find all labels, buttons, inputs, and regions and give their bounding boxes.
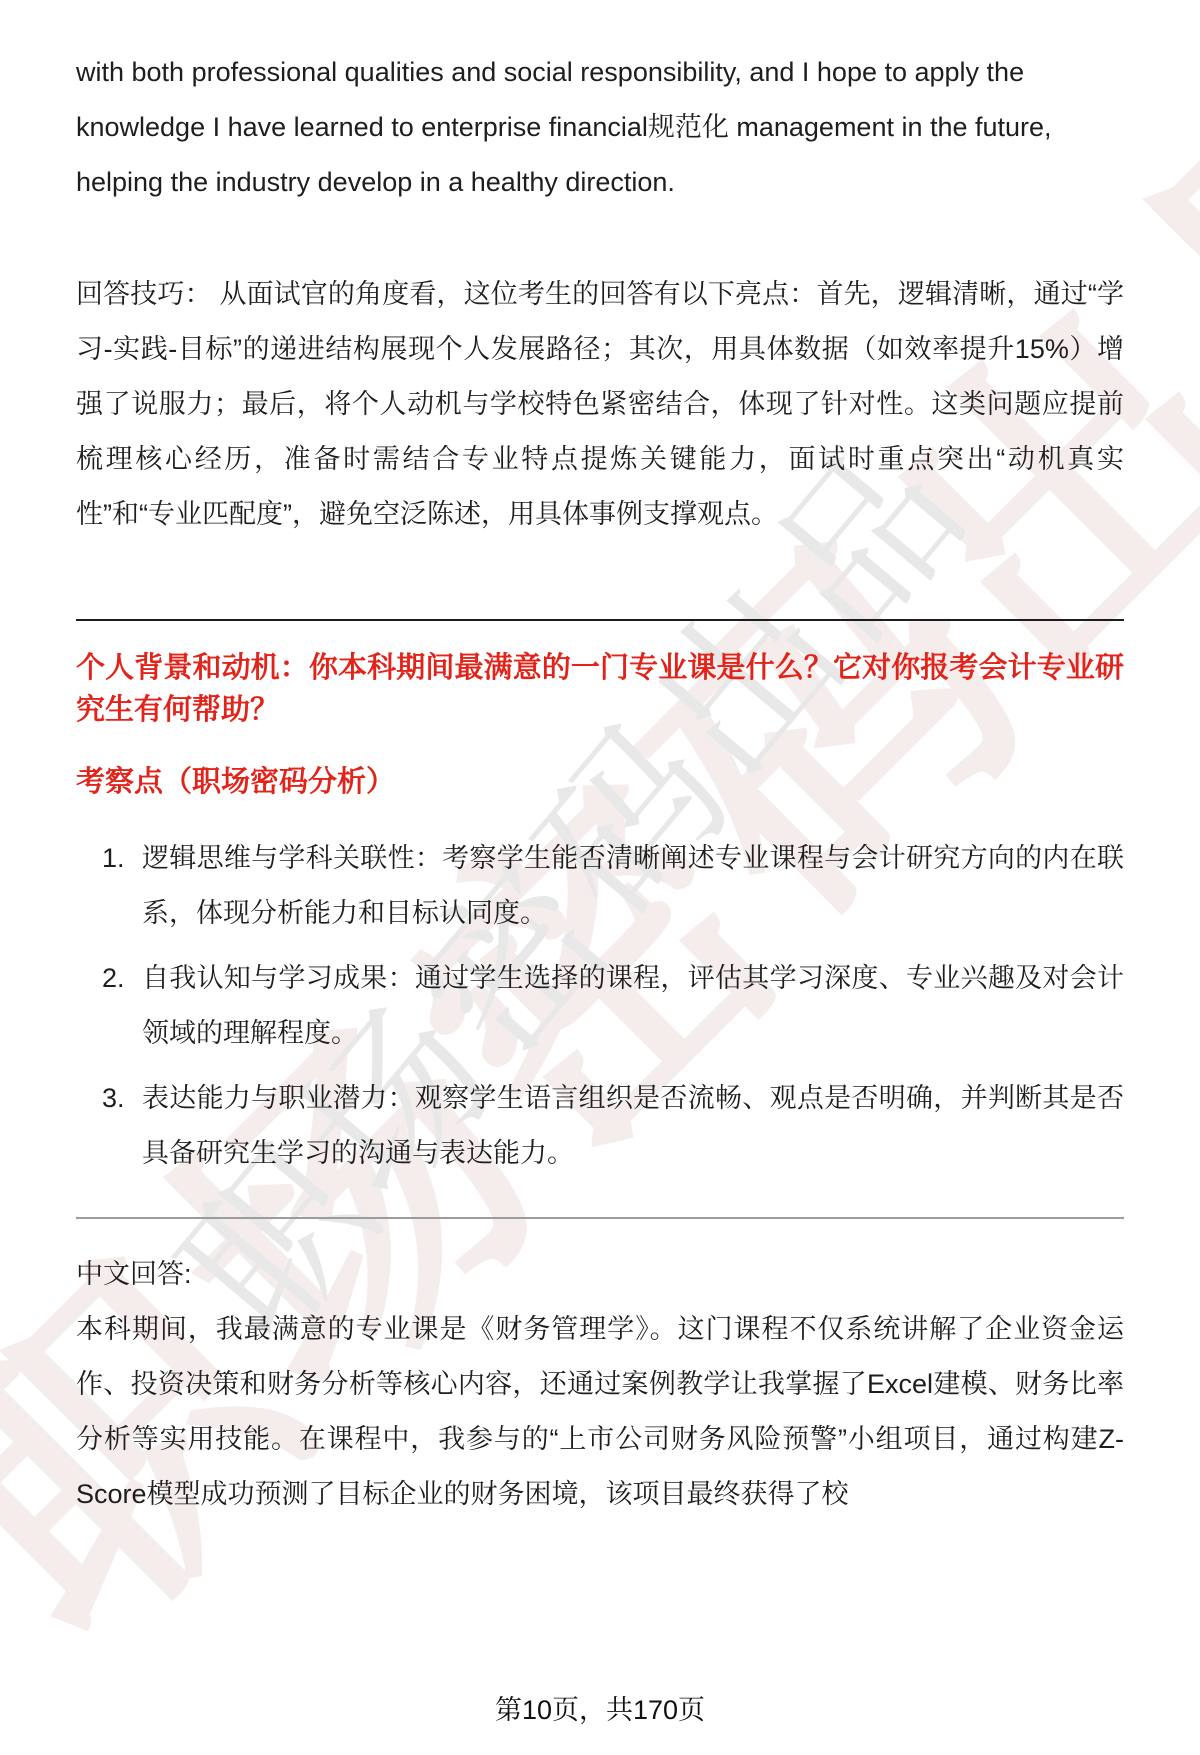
exam-points-list: 逻辑思维与学科关联性：考察学生能否清晰阐述专业课程与会计研究方向的内在联系，体现… — [76, 831, 1124, 1181]
exam-points-heading: 考察点（职场密码分析） — [76, 761, 1124, 803]
question-heading: 个人背景和动机：你本科期间最满意的一门专业课是什么？它对你报考会计专业研究生有何… — [76, 647, 1124, 731]
chinese-answer-label: 中文回答: — [76, 1247, 1124, 1302]
section-divider-bottom — [76, 1217, 1124, 1219]
exam-point-item-1: 逻辑思维与学科关联性：考察学生能否清晰阐述专业课程与会计研究方向的内在联系，体现… — [132, 831, 1124, 941]
page-number: 第10页，共170页 — [0, 1688, 1200, 1727]
page-content: with both professional qualities and soc… — [0, 0, 1200, 1522]
exam-point-item-3: 表达能力与职业潜力：观察学生语言组织是否流畅、观点是否明确，并判断其是否具备研究… — [132, 1071, 1124, 1181]
exam-point-item-2: 自我认知与学习成果：通过学生选择的课程，评估其学习深度、专业兴趣及对会计领域的理… — [132, 951, 1124, 1061]
document-page: { "page": { "footer_text": "第10页，共170页" … — [0, 0, 1200, 1755]
english-paragraph: with both professional qualities and soc… — [76, 45, 1124, 210]
answer-tips-paragraph: 回答技巧： 从面试官的角度看，这位考生的回答有以下亮点：首先，逻辑清晰，通过“学… — [76, 267, 1124, 542]
chinese-answer-paragraph: 本科期间，我最满意的专业课是《财务管理学》。这门课程不仅系统讲解了企业资金运作、… — [76, 1302, 1124, 1522]
section-divider-top — [76, 619, 1124, 621]
